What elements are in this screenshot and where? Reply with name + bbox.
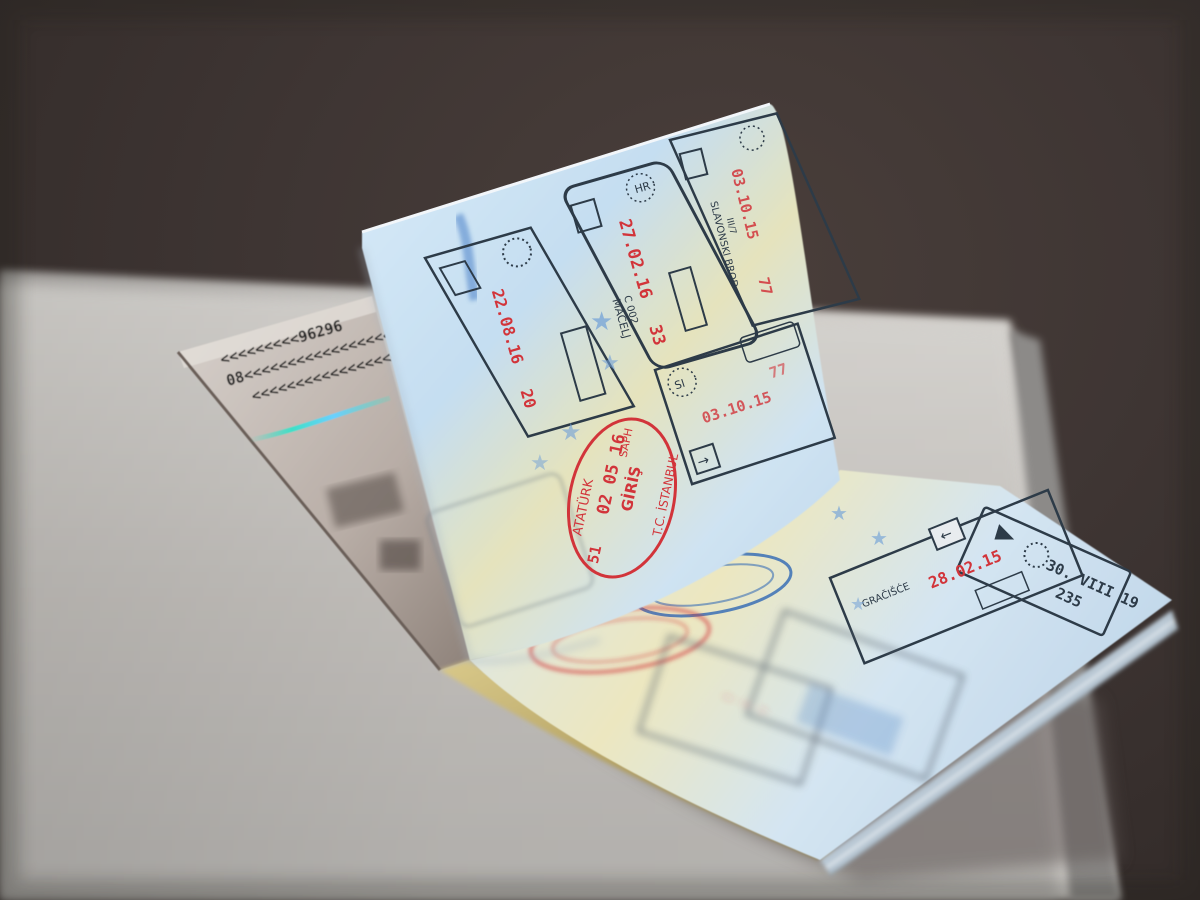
stamp-istanbul-number: 51	[584, 544, 605, 565]
svg-text:★: ★	[530, 451, 550, 476]
passport-illustration: <<<<<<<<<96296 08<<<<<<<<<<<<<<<<< <<<<<…	[0, 0, 1200, 900]
svg-text:★: ★	[830, 501, 848, 525]
svg-text:★: ★	[560, 418, 582, 446]
svg-text:★: ★	[600, 351, 620, 376]
svg-text:★: ★	[870, 526, 888, 550]
svg-text:★: ★	[590, 307, 613, 337]
photo-scene: <<<<<<<<<96296 08<<<<<<<<<<<<<<<<< <<<<<…	[0, 0, 1200, 900]
svg-text:★: ★	[850, 594, 866, 615]
